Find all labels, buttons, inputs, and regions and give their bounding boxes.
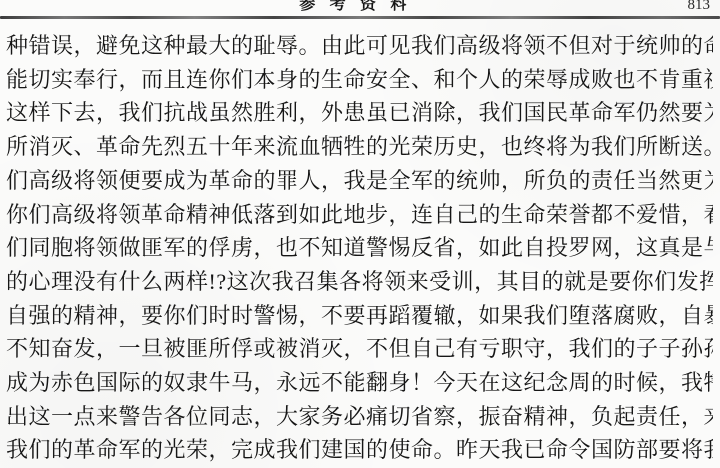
- text-line: 自强的精神，要你们时时警惕，不要再蹈覆辙，如果我们堕落腐败，自暴自弃，: [6, 299, 713, 333]
- text-line: 你们高级将领革命精神低落到如此地步，连自己的生命荣誉都不爱惜，看着我: [6, 198, 713, 232]
- text-line: 种错误，避免这种最大的耻辱。由此可见我们高级将领不但对于统帅的命令不: [6, 29, 713, 63]
- text-line: 所消灭、革命先烈五十年来流血牺牲的光荣历史，也终将为我们所断送。而我: [6, 130, 713, 164]
- page-number: 813: [688, 0, 711, 13]
- running-head: 参考资料 813: [0, 0, 720, 20]
- text-line: 出这一点来警告各位同志，大家务必痛切省察，振奋精神，负起责任，来保持: [6, 400, 713, 434]
- scanned-book-page: 参考资料 813 种错误，避免这种最大的耻辱。由此可见我们高级将领不但对于统帅的…: [0, 0, 720, 468]
- text-line: 不知奋发，一旦被匪所俘或被消灭，不但自己有亏职守，我们的子子孙孙都将: [6, 332, 713, 366]
- page-header-title: 参考资料: [299, 0, 421, 13]
- body-text: 种错误，避免这种最大的耻辱。由此可见我们高级将领不但对于统帅的命令不能切实奉行，…: [0, 20, 720, 467]
- text-line: 们高级将领便要成为革命的罪人，我是全军的统帅，所负的责任当然更为重大！: [6, 164, 713, 198]
- header-rule-divider: [0, 16, 720, 19]
- text-line: 们同胞将领做匪军的俘虏，也不知道警惕反省，如此自投罗网，这真是与自杀: [6, 231, 713, 265]
- text-line: 的心理没有什么两样!?这次我召集各将领来受训，其目的就是要你们发挥知耻: [6, 265, 713, 299]
- text-line: 能切实奉行，而且连你们本身的生命安全、和个人的荣辱成败也不肯重视。照: [6, 63, 713, 97]
- text-line: 成为赤色国际的奴隶牛马，永远不能翻身！今天在这纪念周的时候，我特别提: [6, 366, 713, 400]
- text-line: 这样下去，我们抗战虽然胜利，外患虽已消除，我们国民革命军仍然要为共匪: [6, 96, 713, 130]
- text-line: 我们的革命军的光荣，完成我们建国的使命。昨天我已命令国防部要将我年来: [6, 433, 713, 467]
